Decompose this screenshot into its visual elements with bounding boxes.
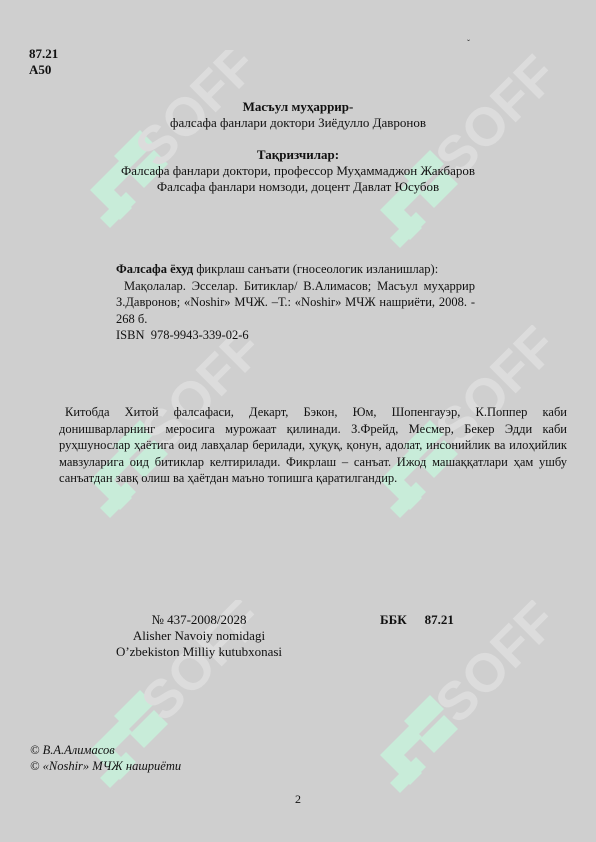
registry-block: № 437-2008/2028 Alisher Navoiy nomidagi … [101, 612, 297, 660]
watermark-top-left: SOFF [70, 50, 290, 230]
bbk-label: ББК [380, 612, 407, 627]
title-colon: : [435, 262, 438, 276]
copyright-author: © В.А.Алимасов [30, 742, 181, 758]
editor-block: Масъул муҳаррир- фалсафа фанлари доктори… [0, 99, 596, 131]
book-details: Мақолалар. Эсселар. Битиклар/ В.Алимасов… [116, 278, 475, 328]
library-name-line1: Alisher Navoiy nomidagi [101, 628, 297, 644]
author-mark: А50 [29, 62, 58, 78]
reviewer-item: Фалсафа фанлари доктори, профессор Муҳам… [0, 163, 596, 179]
bbk-code: ББК87.21 [380, 612, 454, 628]
udk-code: 87.21 [29, 46, 58, 62]
bibliographic-record: Фалсафа ёхуд фикрлаш санъати (гносеологи… [116, 261, 475, 344]
copyright-publisher: © «Noshir» МЧЖ нашриёти [30, 758, 181, 774]
book-title-line: Фалсафа ёхуд фикрлаш санъати (гносеологи… [116, 261, 475, 278]
reviewers-block: Тақризчилар: Фалсафа фанлари доктори, пр… [0, 147, 596, 195]
corner-mark: ˇ [467, 38, 470, 48]
reviewers-title: Тақризчилар: [0, 147, 596, 163]
reviewer-item: Фалсафа фанлари номзоди, доцент Давлат Ю… [0, 179, 596, 195]
editor-title: Масъул муҳаррир- [0, 99, 596, 115]
isbn: ISBN 978-9943-339-02-6 [116, 327, 475, 344]
annotation-paragraph: Китобда Хитой фалсафаси, Декарт, Бэкон, … [59, 404, 567, 487]
copyright-block: © В.А.Алимасов © «Noshir» МЧЖ нашриёти [30, 742, 181, 774]
book-title-rest: фикрлаш санъати [193, 262, 293, 276]
classification-codes: 87.21 А50 [29, 46, 58, 78]
book-subtitle: (гносеологик изланишлар) [293, 262, 435, 276]
library-name-line2: O’zbekiston Milliy kutubxonasi [101, 644, 297, 660]
editor-name: фалсафа фанлари доктори Зиёдулло Давроно… [0, 115, 596, 131]
registry-number: № 437-2008/2028 [101, 612, 297, 628]
book-title-bold: Фалсафа ёхуд [116, 262, 193, 276]
watermark-bottom-right: SOFF [360, 600, 596, 800]
page-number: 2 [0, 792, 596, 807]
bbk-value: 87.21 [425, 612, 454, 627]
